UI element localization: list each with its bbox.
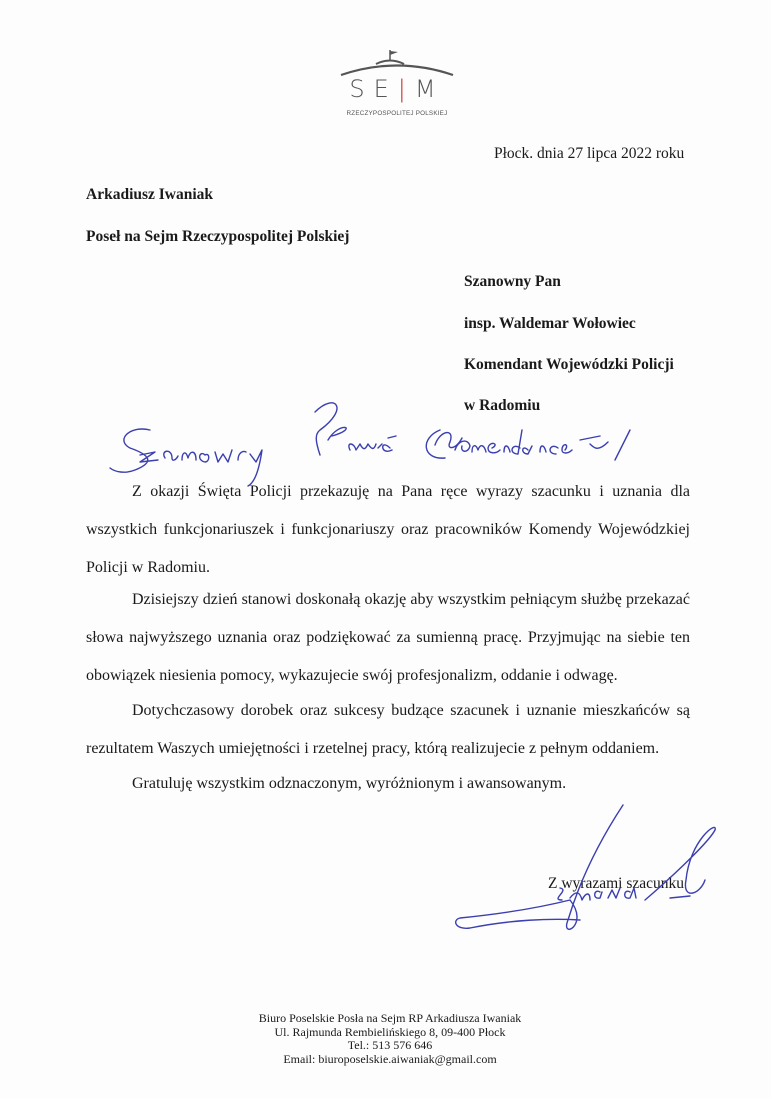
signature bbox=[450, 800, 750, 940]
sender-title: Poseł na Sejm Rzeczypospolitej Polskiej bbox=[86, 228, 349, 246]
footer-address-block: Biuro Poselskie Posła na Sejm RP Arkadiu… bbox=[180, 1012, 600, 1066]
logo-wordmark: SE|M bbox=[338, 75, 456, 103]
footer-email: Email: biuroposelskie.aiwaniak@gmail.com bbox=[180, 1053, 600, 1067]
recipient-name: insp. Waldemar Wołowiec bbox=[464, 315, 636, 333]
recipient-position: Komendant Wojewódzki Policji bbox=[464, 356, 674, 374]
footer-office-name: Biuro Poselskie Posła na Sejm RP Arkadiu… bbox=[180, 1012, 600, 1026]
body-paragraph-3: Dotychczasowy dorobek oraz sukcesy budzą… bbox=[86, 692, 690, 768]
body-paragraph-4: Gratuluję wszystkim odznaczonym, wyróżni… bbox=[86, 765, 690, 803]
sejm-dome-icon bbox=[338, 48, 456, 78]
sender-name: Arkadiusz Iwaniak bbox=[86, 186, 213, 204]
date-line: Płock. dnia 27 lipca 2022 roku bbox=[494, 145, 684, 163]
footer-phone: Tel.: 513 576 646 bbox=[180, 1039, 600, 1053]
body-paragraph-1: Z okazji Święta Policji przekazuję na Pa… bbox=[86, 473, 690, 587]
logo-subtitle: RZECZYPOSPOLITEJ POLSKIEJ bbox=[338, 110, 456, 117]
body-paragraph-2: Dzisiejszy dzień stanowi doskonałą okazj… bbox=[86, 581, 690, 695]
footer-street-address: Ul. Rajmunda Rembielińskiego 8, 09-400 P… bbox=[180, 1026, 600, 1040]
sejm-logo: SE|M RZECZYPOSPOLITEJ POLSKIEJ bbox=[338, 48, 456, 128]
recipient-salutation: Szanowny Pan bbox=[464, 273, 561, 291]
